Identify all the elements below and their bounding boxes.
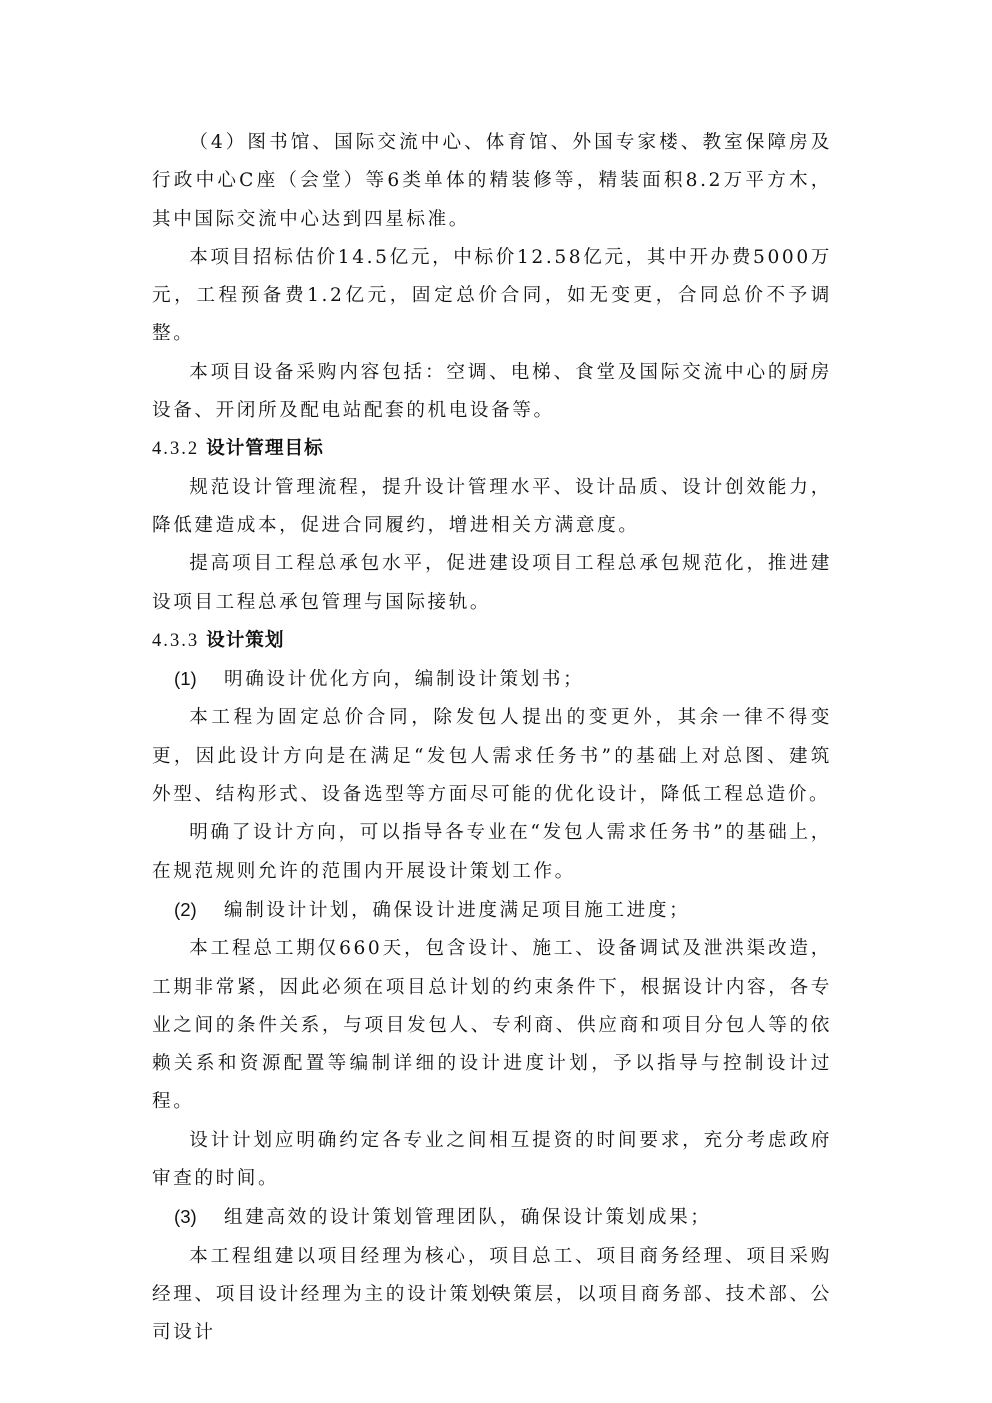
page-body: （4）图书馆、国际交流中心、体育馆、外国专家楼、教室保障房及行政中心C座（会堂）… bbox=[152, 124, 832, 1353]
list-item-2: (2)编制设计计划，确保设计进度满足项目施工进度； bbox=[152, 891, 832, 930]
list-item-3: (3)组建高效的设计策划管理团队，确保设计策划成果； bbox=[152, 1198, 832, 1237]
list-item-1: (1)明确设计优化方向，编制设计策划书； bbox=[152, 660, 832, 699]
paragraph-schedule: 本工程总工期仅660天，包含设计、施工、设备调试及泄洪渠改造，工期非常紧，因此必… bbox=[152, 930, 832, 1121]
section-title: 设计管理目标 bbox=[206, 438, 324, 459]
document-page: （4）图书馆、国际交流中心、体育馆、外国专家楼、教室保障房及行政中心C座（会堂）… bbox=[0, 0, 992, 1403]
paragraph-design-direction: 明确了设计方向，可以指导各专业在“发包人需求任务书”的基础上，在规范规则允许的范… bbox=[152, 814, 832, 891]
list-index: (3) bbox=[174, 1198, 224, 1236]
list-index: (1) bbox=[174, 660, 224, 698]
list-index: (2) bbox=[174, 891, 224, 929]
section-heading-4-3-2: 4.3.2 设计管理目标 bbox=[152, 430, 832, 468]
list-item-text: 编制设计计划，确保设计进度满足项目施工进度； bbox=[224, 900, 690, 921]
section-title: 设计策划 bbox=[206, 630, 284, 651]
section-heading-4-3-3: 4.3.3 设计策划 bbox=[152, 622, 832, 660]
section-number: 4.3.2 bbox=[152, 438, 199, 459]
paragraph-goal-1: 规范设计管理流程，提升设计管理水平、设计品质、设计创效能力，降低建造成本，促进合… bbox=[152, 469, 832, 546]
page-number: 45 bbox=[0, 1284, 992, 1301]
paragraph-equipment: 本项目设备采购内容包括：空调、电梯、食堂及国际交流中心的厨房设备、开闭所及配电站… bbox=[152, 354, 832, 431]
paragraph-design-plan: 设计计划应明确约定各专业之间相互提资的时间要求，充分考虑政府审查的时间。 bbox=[152, 1122, 832, 1199]
list-item-text: 明确设计优化方向，编制设计策划书； bbox=[224, 669, 584, 690]
section-number: 4.3.3 bbox=[152, 630, 199, 651]
paragraph-fitout: （4）图书馆、国际交流中心、体育馆、外国专家楼、教室保障房及行政中心C座（会堂）… bbox=[152, 124, 832, 239]
paragraph-bid-price: 本项目招标估价14.5亿元，中标价12.58亿元，其中开办费5000万元，工程预… bbox=[152, 239, 832, 354]
list-item-text: 组建高效的设计策划管理团队，确保设计策划成果； bbox=[224, 1207, 711, 1228]
paragraph-goal-2: 提高项目工程总承包水平，促进建设项目工程总承包规范化，推进建设项目工程总承包管理… bbox=[152, 545, 832, 622]
paragraph-fixed-price: 本工程为固定总价合同，除发包人提出的变更外，其余一律不得变更，因此设计方向是在满… bbox=[152, 699, 832, 814]
